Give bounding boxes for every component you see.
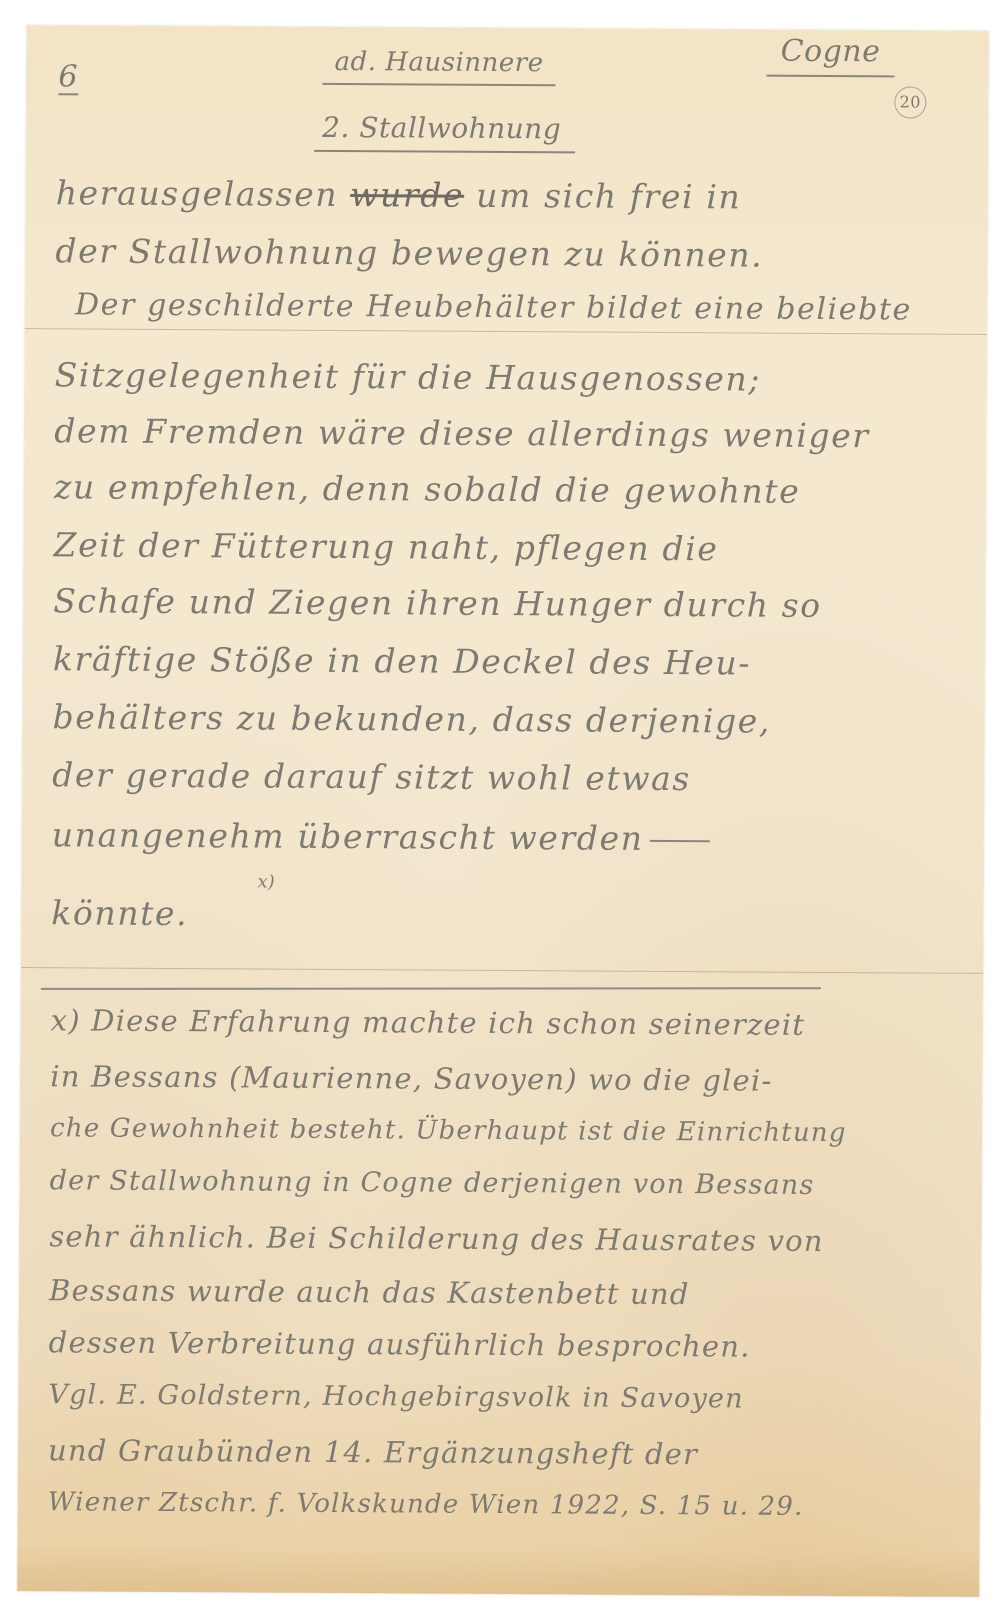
footnote-reference: x) <box>257 872 274 893</box>
line-filler-stroke <box>650 840 710 842</box>
footnote-line: dessen Verbreitung ausführlich besproche… <box>49 1325 751 1363</box>
footnote-line: der Stallwohnung in Cogne derjenigen von… <box>50 1165 815 1201</box>
footnote-line: Vgl. E. Goldstern, Hochgebirgsvolk in Sa… <box>48 1379 743 1414</box>
paper-fold-line <box>21 967 983 974</box>
footnote-line: in Bessans (Maurienne, Savoyen) wo die g… <box>50 1059 772 1097</box>
body-line: zu empfehlen, denn sobald die gewohnte <box>54 467 801 511</box>
body-text: herausgelassen <box>56 173 339 214</box>
body-line: Der geschilderte Heubehälter bildet eine… <box>75 287 912 327</box>
footnote-line: Wiener Ztschr. f. Volkskunde Wien 1922, … <box>48 1487 804 1522</box>
page-number: 6 <box>58 61 78 95</box>
header-title: ad. Hausinnere <box>322 47 555 86</box>
footnote-line: che Gewohnheit besteht. Überhaupt ist di… <box>50 1113 847 1148</box>
footnote-separator-rule <box>41 987 821 990</box>
body-line: Sitzgelegenheit für die Hausgenossen; <box>55 355 762 398</box>
manuscript-page: 6 ad. Hausinnere Cogne 20 2. Stallwohnun… <box>17 25 989 1597</box>
header-place: Cogne <box>766 34 894 78</box>
body-line: behälters zu bekunden, dass derjenige, <box>52 697 771 740</box>
footnote-line: sehr ähnlich. Bei Schilderung des Hausra… <box>49 1219 824 1258</box>
body-line: unangenehm überrascht werden <box>52 815 710 858</box>
paper-fold-line <box>25 328 987 335</box>
body-line: Zeit der Fütterung naht, pflegen die <box>53 525 718 568</box>
footnote-line: Bessans wurde auch das Kastenbett und <box>49 1273 690 1311</box>
body-line: herausgelassen wurde um sich frei in <box>56 173 742 216</box>
footnote-line: und Graubünden 14. Ergänzungsheft der <box>48 1433 698 1471</box>
body-line: Schafe und Ziegen ihren Hunger durch so <box>53 581 822 625</box>
section-title: 2. Stallwohnung <box>314 111 575 154</box>
body-line: kräftige Stöße in den Deckel des Heu- <box>53 639 751 682</box>
body-line: könnte. <box>51 893 188 933</box>
body-line: der gerade darauf sitzt wohl etwas <box>52 755 691 798</box>
body-line: der Stallwohnung bewegen zu können. <box>55 231 763 274</box>
struck-word: wurde <box>350 175 464 215</box>
body-line: dem Fremden wäre diese allerdings wenige… <box>54 411 870 455</box>
footnote-line: x) Diese Erfahrung machte ich schon sein… <box>51 1003 806 1042</box>
body-text: um sich frei in <box>476 176 741 217</box>
body-text: unangenehm überrascht werden <box>52 815 644 858</box>
archive-number-circled: 20 <box>894 86 926 118</box>
